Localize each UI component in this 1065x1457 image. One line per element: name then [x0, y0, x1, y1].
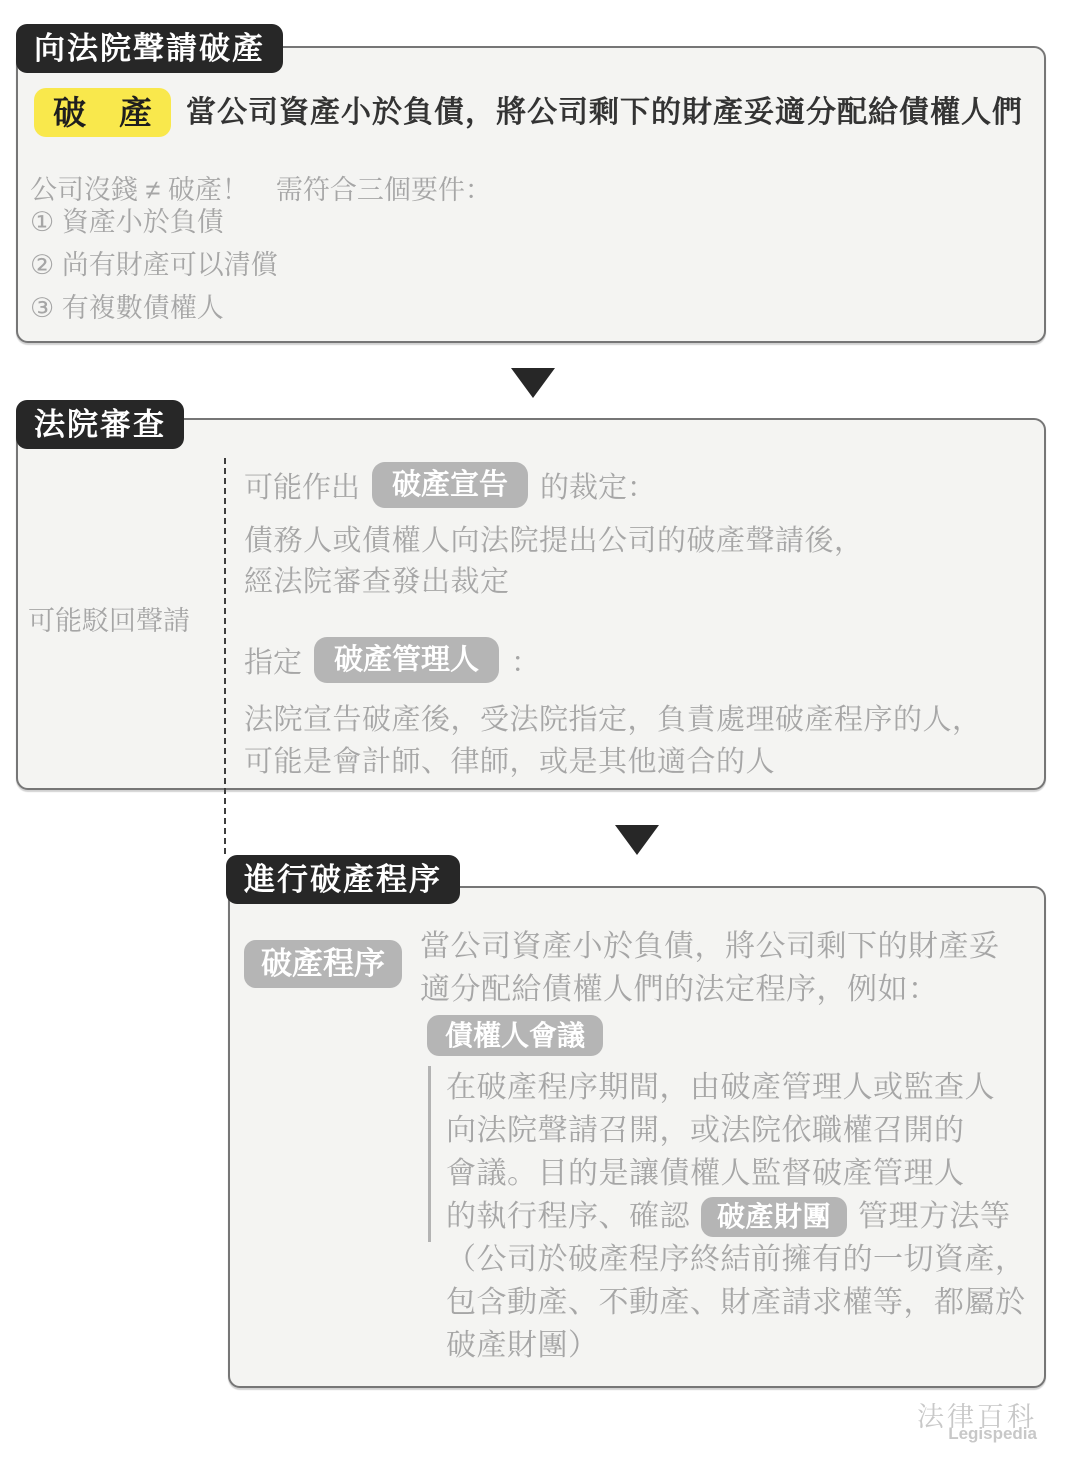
legispedia-logo-en: Legispedia	[948, 1424, 1037, 1444]
quote-vertical-line	[428, 1066, 431, 1242]
procedure-definition-line-1: 當公司資產小於負債，將公司剩下的財產妥	[420, 925, 1000, 968]
appointment-prefix: 指定	[244, 640, 302, 681]
requirement-item-3: ③ 有複數債權人	[30, 287, 278, 330]
pill-bankruptcy-estate: 破產財團	[701, 1197, 847, 1237]
pill-bankruptcy-procedure: 破產程序	[244, 940, 402, 988]
bankruptcy-definition: 當公司資產小於負債，將公司剩下的財產妥適分配給債權人們	[186, 88, 1023, 137]
ruling-prefix: 可能作出	[244, 465, 360, 506]
divider-dashed-line	[224, 458, 226, 854]
pill-bankruptcy-administrator: 破產管理人	[314, 637, 499, 683]
appointment-headline: 指定 破產管理人 ：	[244, 637, 540, 683]
ruling-desc-line-1: 債務人或債權人向法院提出公司的破產聲請後，	[244, 518, 864, 559]
requirements-list: ① 資產小於負債 ② 尚有財產可以清償 ③ 有複數債權人	[30, 201, 278, 330]
requirement-item-2: ② 尚有財產可以清償	[30, 244, 278, 287]
inline-suffix: 管理方法等	[858, 1195, 1011, 1238]
meeting-line-2: 向法院聲請召開，或法院依職權召開的	[446, 1109, 1026, 1152]
ruling-suffix: 的裁定：	[540, 465, 656, 506]
ruling-headline: 可能作出 破產宣告 的裁定：	[244, 462, 656, 508]
pill-bankruptcy-declaration: 破產宣告	[372, 462, 528, 508]
section-header-court-review: 法院審查	[16, 400, 184, 449]
procedure-definition-line-2: 適分配給債權人們的法定程序，例如：	[420, 968, 1000, 1011]
meeting-line-1: 在破產程序期間，由破產管理人或監查人	[446, 1066, 1026, 1109]
pill-creditors-meeting: 債權人會議	[427, 1015, 603, 1056]
term-highlight-bankruptcy: 破 產	[34, 88, 171, 137]
paren-line-2: 包含動產、不動產、財產請求權等，都屬於	[446, 1281, 1026, 1324]
section-header-procedure: 進行破產程序	[226, 855, 460, 904]
bankruptcy-flowchart: 向法院聲請破產 破 產 當公司資產小於負債，將公司剩下的財產妥適分配給債權人們 …	[0, 0, 1065, 1457]
arrow-down-icon	[511, 368, 555, 398]
meeting-line-3: 會議。目的是讓債權人監督破產管理人	[446, 1152, 1026, 1195]
paren-line-1: （公司於破產程序終結前擁有的一切資產，	[446, 1238, 1026, 1281]
creditors-meeting-description: 在破產程序期間，由破產管理人或監查人 向法院聲請召開，或法院依職權召開的 會議。…	[446, 1066, 1026, 1367]
meeting-line-4: 的執行程序、確認 破產財團 管理方法等	[446, 1195, 1026, 1238]
appointment-suffix: ：	[511, 640, 540, 681]
paren-line-3: 破產財團）	[446, 1324, 1026, 1367]
requirement-item-1: ① 資產小於負債	[30, 201, 278, 244]
arrow-down-icon	[615, 825, 659, 855]
appointment-desc-line-2: 可能是會計師、律師，或是其他適合的人	[244, 739, 775, 780]
ruling-desc-line-2: 經法院審查發出裁定	[244, 559, 510, 600]
section-header-file-bankruptcy: 向法院聲請破產	[16, 24, 283, 73]
side-note-dismiss: 可能駁回聲請	[28, 599, 190, 638]
procedure-definition: 當公司資產小於負債，將公司剩下的財產妥 適分配給債權人們的法定程序，例如：	[420, 925, 1000, 1011]
appointment-desc-line-1: 法院宣告破產後，受法院指定，負責處理破產程序的人，	[244, 697, 982, 738]
inline-prefix: 的執行程序、確認	[446, 1195, 690, 1238]
